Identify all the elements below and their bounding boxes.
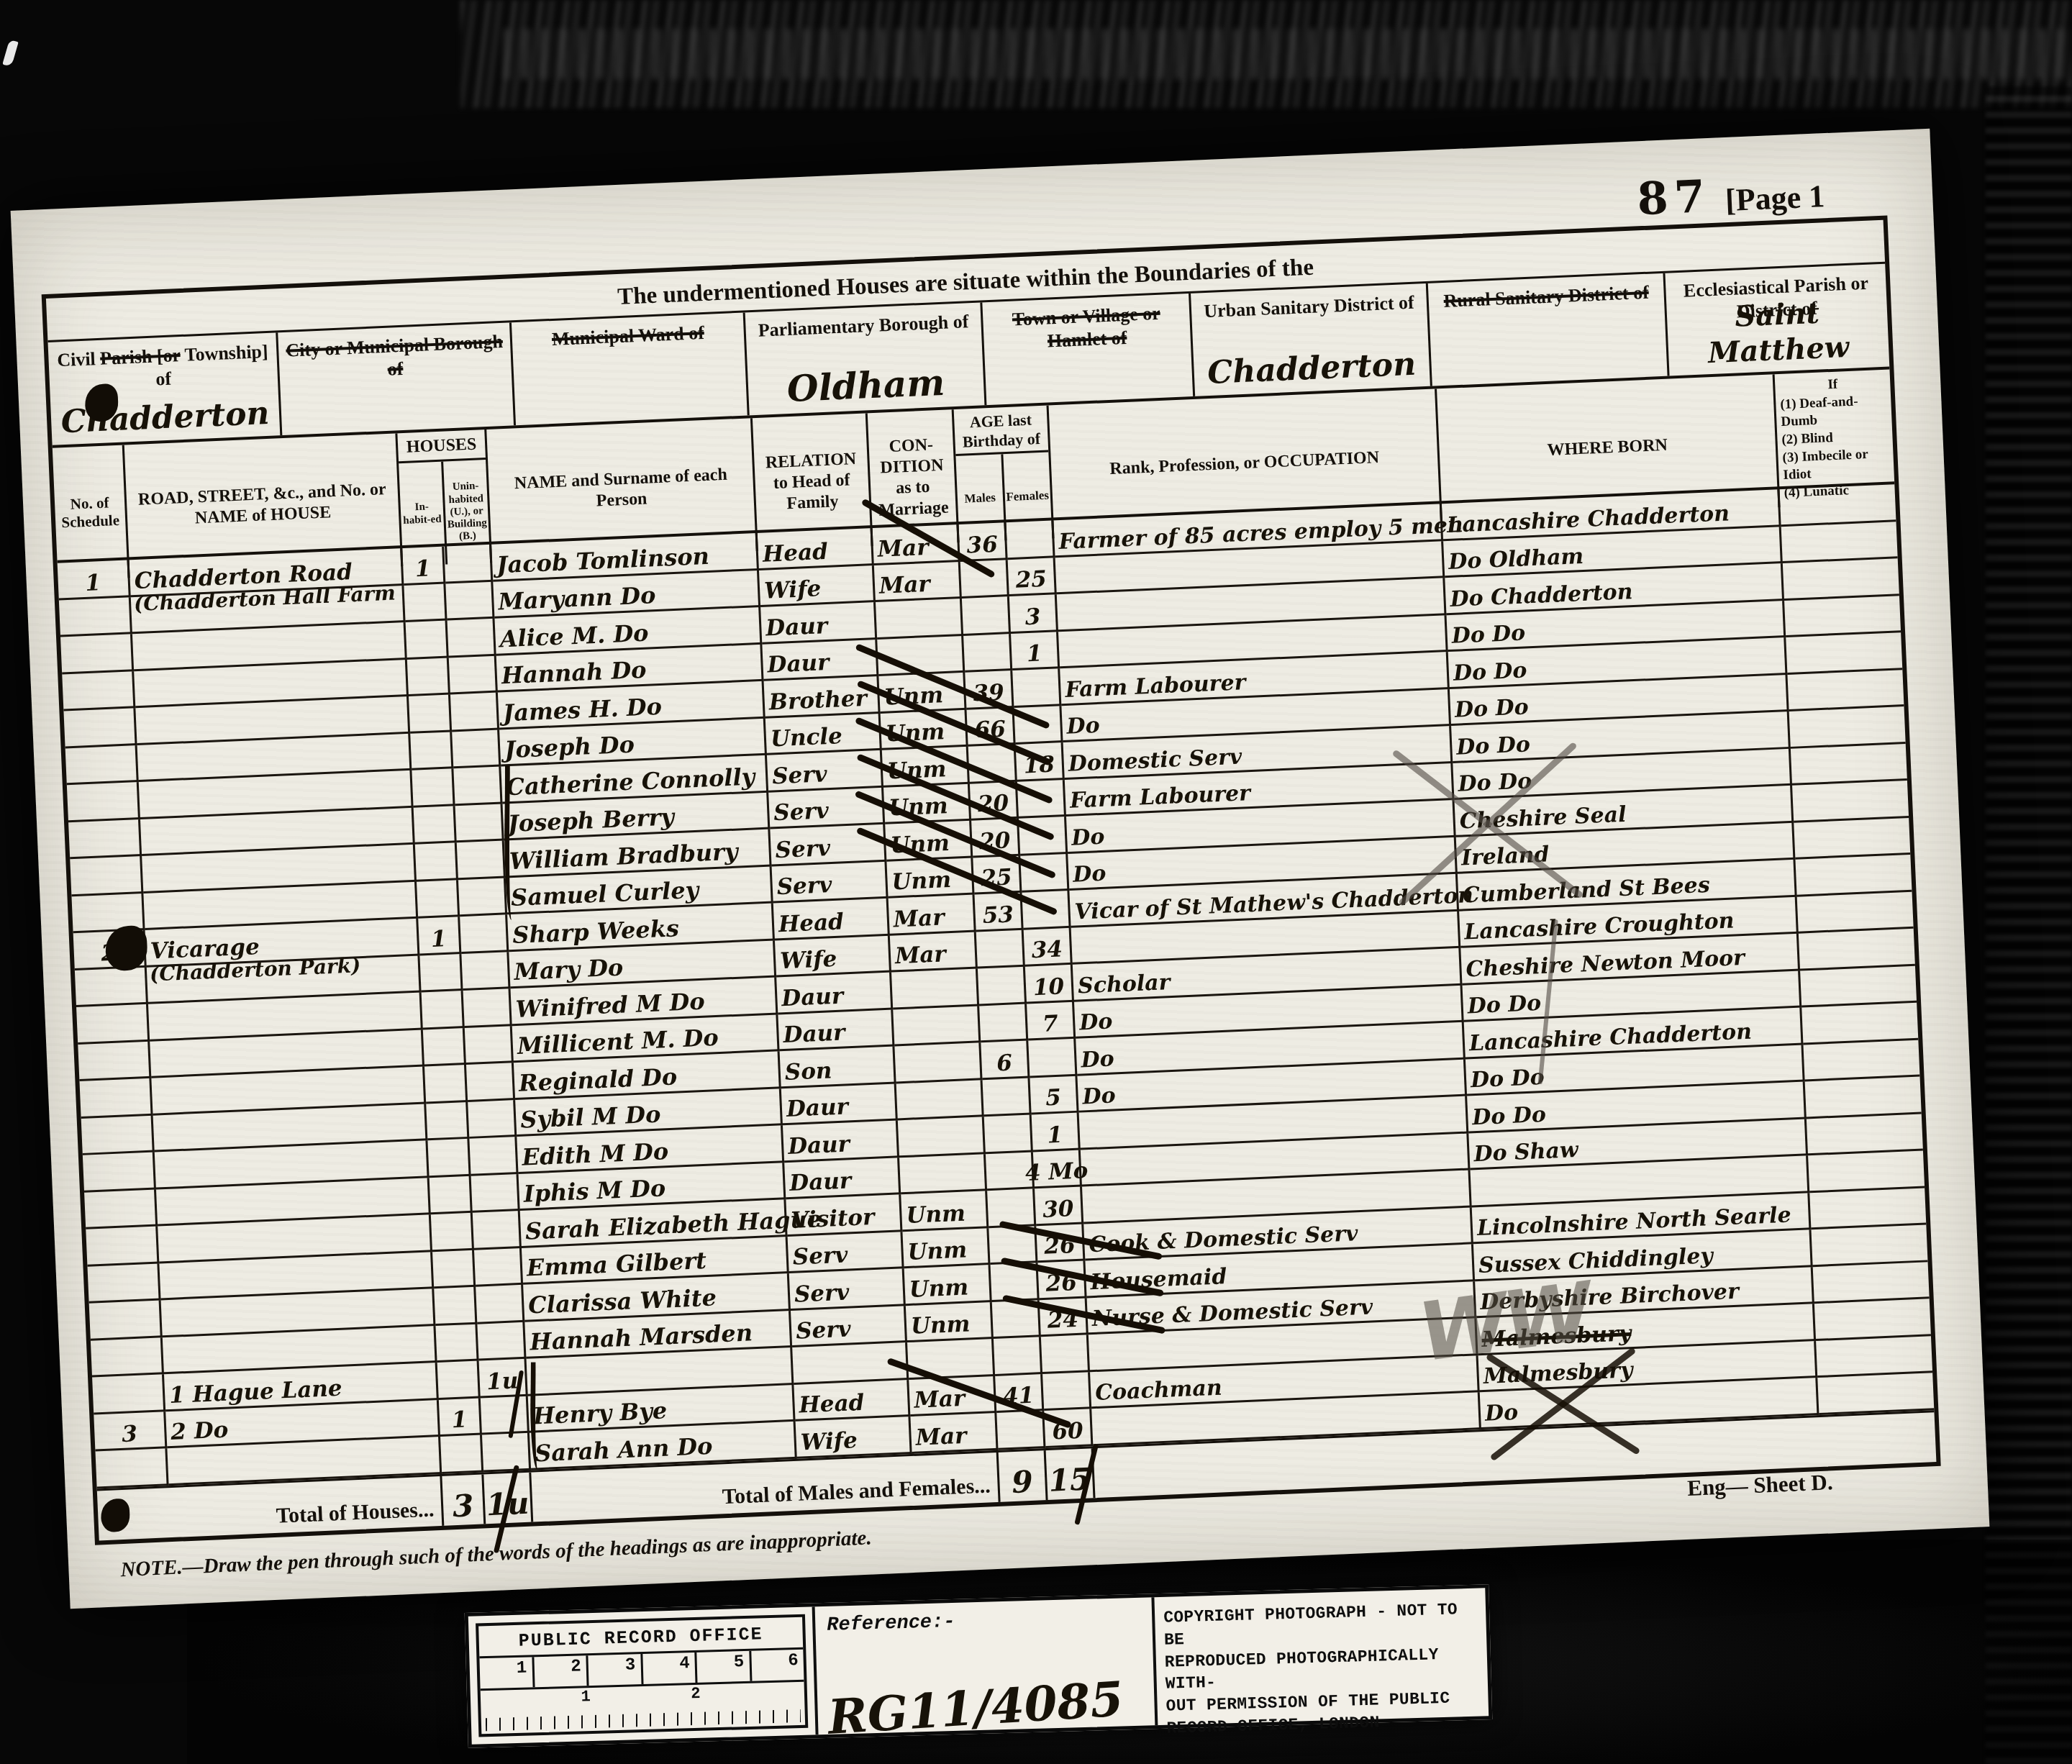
cell-inhabited (431, 1213, 474, 1252)
sheet-label: Eng— Sheet D. (1687, 1469, 1834, 1501)
cell-infirmity (1792, 781, 1909, 822)
cell-relation: Daur (760, 602, 877, 644)
cell-inhabited (417, 880, 460, 919)
cell-schedule-number (83, 1152, 156, 1193)
cell-relation: Serv (768, 787, 885, 829)
infirmity-line: (1) Deaf-and-Dumb (1780, 391, 1888, 432)
reference-label: Reference:- (827, 1606, 1141, 1637)
scanned-census-photograph: { "document": { "page_number": "87", "pa… (0, 0, 2072, 1764)
cell-infirmity (1799, 929, 1915, 970)
census-table-frame: The undermentioned Houses are situate wi… (42, 215, 1941, 1545)
cell-age-male (963, 634, 1012, 673)
rural-sanitary-label: Rural Sanitary District of (1443, 282, 1649, 312)
parliamentary-borough-label: Parliamentary Borough of (758, 311, 969, 340)
cell-condition: Unm (902, 1228, 990, 1269)
cell-infirmity (1814, 1299, 1931, 1340)
cell-condition: Unm (904, 1265, 992, 1306)
cell-condition: Unm (901, 1191, 989, 1232)
ecclesiastical-parish-value: Saint Matthew (1666, 294, 1889, 373)
cell-schedule-number (67, 782, 140, 822)
cell-schedule-number (70, 856, 143, 896)
cell-condition (891, 968, 979, 1009)
cell-age-female: 4 Mo (1033, 1150, 1082, 1188)
cell-infirmity (1805, 1077, 1922, 1119)
infirmity-line: (2) Blind (1781, 429, 1833, 450)
cell-relation: Visitor (786, 1194, 902, 1236)
film-noise-band (504, 29, 2072, 79)
cell-age-male (984, 1114, 1033, 1153)
copyright-text: COPYRIGHT PHOTOGRAPH - NOT TO BEREPRODUC… (1151, 1588, 1489, 1725)
cell-relation: Head (794, 1380, 910, 1422)
cell-schedule-number (59, 597, 132, 637)
cell-schedule-number (65, 745, 139, 786)
ruler-cm-cell: 1 (479, 1657, 535, 1688)
cell-schedule-number (86, 1227, 159, 1267)
box-urban-sanitary: Urban Sanitary District of Chadderton (1191, 283, 1432, 396)
cell-schedule-number: 3 (94, 1411, 167, 1452)
cell-schedule-number (62, 671, 135, 711)
cell-relation: Serv (772, 861, 889, 903)
cell-inhabited: 1 (402, 547, 445, 586)
cell-age-male (962, 596, 1011, 635)
cell-relation: Wife (796, 1417, 912, 1458)
box-municipal-ward: Municipal Ward of (512, 312, 750, 425)
ruler-cm-cell: 5 (696, 1651, 752, 1683)
cell-age-female (1042, 1372, 1091, 1411)
cell-infirmity (1794, 817, 1910, 859)
cell-relation: Head (758, 528, 874, 570)
cell-age-female: 1 (1032, 1113, 1081, 1152)
infirmity-line: (3) Imbecile or Idiot (1782, 445, 1890, 485)
page-label: [Page 1 (1725, 178, 1825, 219)
cell-relation: Daur (783, 1120, 899, 1162)
cell-uninhabited (471, 1174, 520, 1213)
cell-uninhabited (465, 1026, 514, 1065)
cell-relation: Daur (778, 1009, 894, 1051)
cell-relation: Wife (759, 565, 876, 607)
cell-condition (893, 1006, 981, 1047)
cell-infirmity (1783, 558, 1899, 600)
cell-uninhabited (457, 840, 506, 879)
ruler-cm-cell: 2 (534, 1655, 589, 1687)
box-rural-sanitary: Rural Sanitary District of (1428, 273, 1670, 386)
cell-schedule-number (87, 1263, 160, 1304)
cell-infirmity (1801, 1003, 1918, 1045)
cell-inhabited (410, 732, 453, 770)
cell-inhabited (406, 621, 449, 660)
cell-condition (894, 1042, 982, 1083)
infirmity-line: If (1827, 376, 1838, 394)
cell-inhabited (412, 768, 455, 807)
cell-inhabited (415, 842, 458, 881)
cell-schedule-number (89, 1300, 163, 1340)
ruler-ticks (486, 1709, 801, 1731)
cell-inhabited (426, 1101, 469, 1140)
cell-age-female: 30 (1035, 1187, 1083, 1226)
cell-age-male (983, 1078, 1032, 1117)
cell-relation: Daur (781, 1083, 898, 1125)
cell-age-male (987, 1188, 1036, 1227)
cell-infirmity (1791, 744, 1907, 786)
page-number-block: 87 [Page 1 (1636, 165, 1825, 225)
cell-condition (898, 1117, 986, 1158)
ruler-cm-cell: 3 (588, 1654, 643, 1686)
film-noise-right-edge (1986, 86, 2072, 1764)
cell-relation: Daur (776, 973, 893, 1014)
cell-uninhabited (463, 988, 512, 1027)
cell-uninhabited (476, 1285, 524, 1324)
cell-condition: Mar (910, 1413, 998, 1454)
box-ecclesiastical-parish: Ecclesiastical Parish or District of Sai… (1665, 264, 1889, 376)
census-page: 87 [Page 1 The undermentioned Houses are… (11, 129, 1990, 1609)
cell-relation: Daur (784, 1158, 901, 1199)
cell-age-female (1012, 668, 1061, 707)
cell-uninhabited (473, 1211, 522, 1250)
road-text: 1 Hague Lane (168, 1375, 342, 1408)
cell-condition: Mar (889, 895, 976, 936)
urban-sanitary-label: Urban Sanitary District of (1204, 292, 1414, 322)
cell-condition (896, 1080, 984, 1121)
cell-infirmity (1807, 1114, 1923, 1155)
cell-inhabited (440, 1435, 483, 1473)
road-text: 2 Do (171, 1417, 229, 1445)
cell-schedule-number: 1 (58, 560, 131, 600)
total-houses-inhabited: 3 (442, 1474, 486, 1525)
cell-age-male (979, 1004, 1028, 1042)
stamp-ruler-section: PUBLIC RECORD OFFICE 123456 12 (468, 1606, 816, 1744)
age-group-label: AGE last Birthday of (954, 406, 1049, 454)
cell-inhabited (422, 991, 465, 1029)
cell-age-female (1028, 1039, 1077, 1078)
cell-infirmity (1779, 484, 1896, 526)
stamp-reference-section: Reference:- RG11/4085 (812, 1597, 1155, 1735)
cell-relation: Serv (770, 824, 886, 866)
cell-schedule-number (78, 1041, 151, 1081)
ruler-inch-number: 1 (581, 1688, 591, 1706)
ruler-cm-cell: 4 (642, 1652, 698, 1684)
cell-condition (876, 599, 963, 640)
cell-infirmity (1813, 1262, 1930, 1304)
cell-uninhabited (444, 545, 493, 583)
cell-relation: Serv (791, 1306, 907, 1347)
cell-age-male (994, 1337, 1042, 1376)
cell-uninhabited (469, 1137, 518, 1176)
ruler-inch-number: 2 (691, 1685, 701, 1703)
cell-schedule-number (91, 1337, 164, 1378)
cell-inhabited (419, 954, 463, 993)
cell-uninhabited (449, 655, 498, 694)
cell-schedule-number (84, 1189, 158, 1229)
cell-age-female: 5 (1030, 1076, 1078, 1114)
cell-infirmity (1808, 1151, 1925, 1193)
cell-inhabited (424, 1065, 468, 1104)
cell-infirmity (1803, 1040, 1919, 1081)
cell-uninhabited (468, 1100, 517, 1139)
cell-infirmity (1809, 1188, 1926, 1229)
cell-relation: Serv (788, 1232, 904, 1273)
cell-age-female: 3 (1009, 594, 1058, 633)
cell-infirmity (1816, 1336, 1932, 1378)
cell-schedule-number (63, 708, 137, 748)
box-civil-parish: Civil Parish [or Township] of Chadderton (48, 332, 283, 445)
cell-infirmity (1817, 1373, 1934, 1414)
cell-infirmity (1800, 965, 1917, 1007)
cell-inhabited (430, 1176, 473, 1214)
urban-sanitary-value: Chadderton (1194, 345, 1430, 394)
cell-inhabited (414, 806, 457, 845)
cell-infirmity (1781, 522, 1898, 563)
cell-condition: Unm (883, 783, 971, 824)
ruler-inch: 12 (481, 1682, 805, 1735)
cell-age-female: 10 (1025, 965, 1074, 1004)
cell-inhabited (435, 1324, 478, 1363)
cell-inhabited (434, 1287, 477, 1326)
cell-inhabited: 1 (439, 1398, 482, 1437)
film-scratch-mark (2, 40, 18, 67)
cell-age-male (976, 929, 1025, 968)
cell-age-male: 6 (981, 1041, 1030, 1080)
cell-uninhabited (455, 804, 504, 842)
cell-inhabited (404, 583, 447, 622)
cell-age-female (1006, 520, 1055, 559)
municipal-ward-label: Municipal Ward of (551, 322, 704, 350)
cell-infirmity (1795, 855, 1912, 896)
cell-uninhabited (447, 619, 496, 658)
cell-age-female: 7 (1027, 1001, 1076, 1040)
label-struck: Parish [or (100, 345, 181, 369)
cell-uninhabited (445, 581, 494, 620)
table-body: 1 Chadderton Road (Chadderton Hall Farm … (58, 484, 1935, 1488)
cell-schedule-number (76, 1004, 150, 1045)
box-municipal-borough: City or Municipal Borough of (278, 322, 516, 435)
municipal-borough-label: City or Municipal Borough of (286, 331, 504, 380)
cell-schedule-number (68, 819, 142, 860)
cell-uninhabited (477, 1322, 526, 1360)
cell-uninhabited (458, 878, 507, 917)
cell-inhabited (409, 694, 452, 733)
cell-inhabited (423, 1028, 466, 1067)
cell-schedule-number (60, 634, 134, 674)
cell-schedule-number (75, 967, 148, 1007)
cell-inhabited (437, 1361, 481, 1400)
cell-age-female: 25 (1008, 558, 1057, 596)
cell-schedule-number (79, 1078, 153, 1119)
cell-inhabited (427, 1139, 471, 1178)
cell-infirmity (1787, 670, 1904, 711)
cell-relation: Son (780, 1046, 896, 1088)
cell-age-female (1041, 1335, 1090, 1373)
town-village-label: Town or Village or Hamlet of (1012, 303, 1160, 351)
cell-infirmity (1786, 632, 1902, 674)
cell-relation: Serv (789, 1268, 906, 1310)
civil-parish-label: Civil Parish [or Township] of (57, 341, 269, 389)
cell-schedule-number (92, 1374, 165, 1414)
page-number: 87 (1636, 170, 1712, 225)
cell-inhabited (432, 1250, 476, 1288)
cell-uninhabited (450, 693, 499, 732)
cell-uninhabited (474, 1247, 523, 1286)
total-males: 9 (999, 1450, 1048, 1502)
box-town-village: Town or Village or Hamlet of (982, 294, 1195, 405)
cell-infirmity (1784, 596, 1901, 637)
cell-infirmity (1811, 1224, 1927, 1266)
label-pre: Civil (57, 348, 101, 371)
cell-uninhabited (460, 914, 509, 953)
houses-group-label: HOUSES (403, 429, 480, 461)
public-record-office-stamp: PUBLIC RECORD OFFICE 123456 12 Reference… (465, 1584, 1493, 1748)
cell-uninhabited (452, 729, 501, 768)
cell-relation: Wife (775, 935, 891, 977)
cell-age-male (960, 560, 1009, 599)
cell-infirmity (1789, 706, 1906, 748)
cell-schedule-number (95, 1448, 168, 1488)
cell-condition: Mar (874, 561, 962, 602)
cell-uninhabited (481, 1396, 530, 1435)
cell-uninhabited (482, 1433, 531, 1472)
cell-uninhabited (453, 767, 502, 806)
box-parliamentary-borough: Parliamentary Borough of Oldham (745, 302, 987, 415)
ruler-cm-cell: 6 (751, 1650, 804, 1681)
cell-relation: Head (773, 899, 890, 940)
cell-inhabited: 1 (418, 917, 461, 955)
cell-condition (899, 1154, 987, 1195)
cell-inhabited (407, 658, 450, 696)
cell-age-male (978, 967, 1027, 1006)
cell-infirmity (1797, 891, 1914, 933)
cell-condition: Mar (890, 932, 978, 973)
pro-box: PUBLIC RECORD OFFICE 123456 12 (476, 1614, 808, 1737)
cell-uninhabited (461, 952, 510, 991)
cell-age-female: 1 (1011, 632, 1060, 670)
cell-condition: Unm (906, 1302, 994, 1343)
parliamentary-borough-value: Oldham (748, 358, 984, 412)
cell-schedule-number (81, 1115, 155, 1155)
cell-uninhabited (466, 1063, 515, 1101)
cell-age-female: 34 (1024, 927, 1073, 966)
